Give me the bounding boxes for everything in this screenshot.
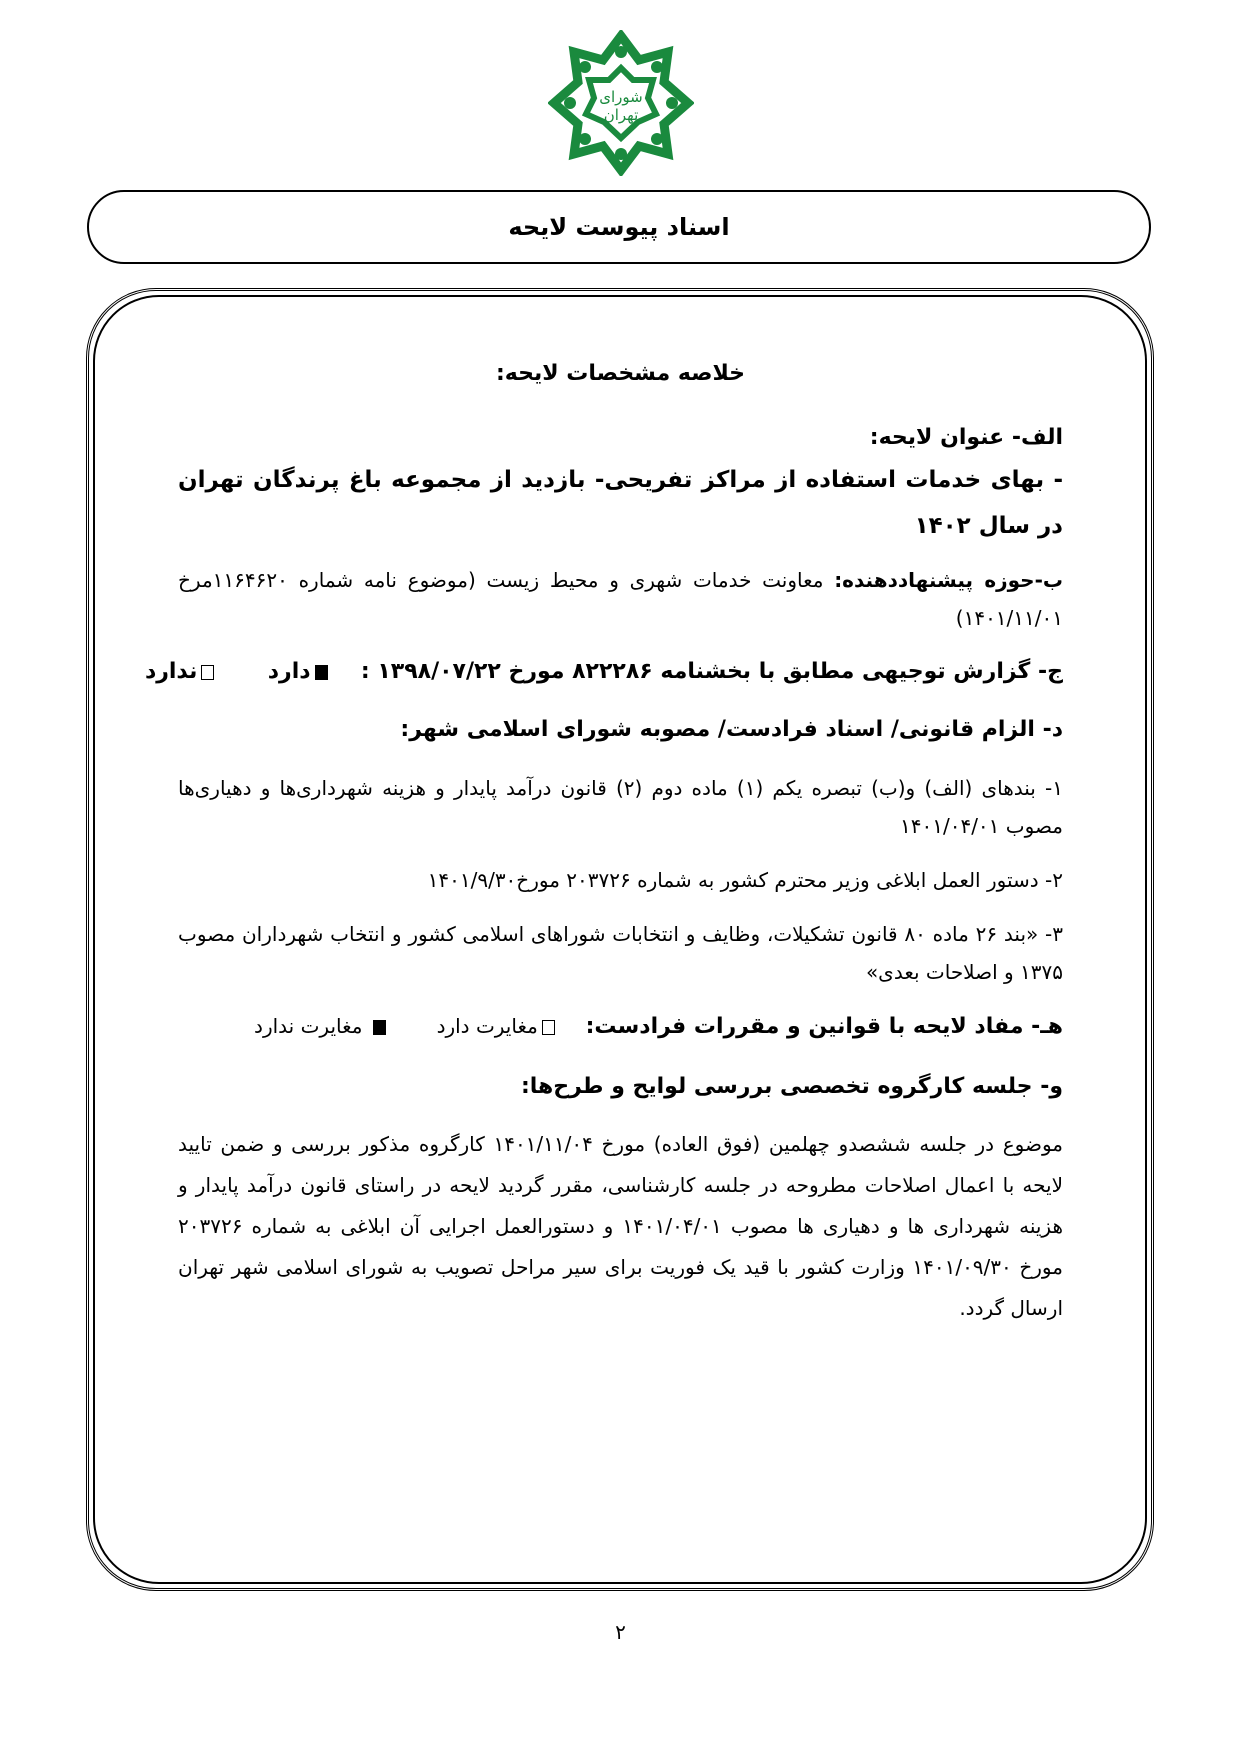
legal-item-2: ۲- دستور العمل ابلاغی وزیر محترم کشور به… [178,861,1063,899]
legal-item-1: ۱- بندهای (الف) و(ب) تبصره یکم (۱) ماده … [178,769,1063,845]
option-no-conflict: مغایرت ندارد [254,1014,362,1038]
section-b-label: ب-حوزه پیشنهاددهنده: [834,568,1063,592]
header-banner: اسناد پیوست لایحه [87,190,1151,264]
option-no-report: ندارد [145,659,197,684]
tehran-city-council-logo-icon: شورای تهران [548,30,694,176]
summary-title: خلاصه مشخصات لایحه: [178,355,1063,393]
section-b: ب-حوزه پیشنهاددهنده: معاونت خدمات شهری و… [178,561,1063,637]
section-f-heading: و- جلسه کارگروه تخصصی بررسی لوایح و طرح‌… [178,1068,1063,1106]
section-a-heading: الف- عنوان لایحه: [178,419,1063,457]
section-e: هـ- مفاد لایحه با قوانین و مقررات فرادست… [178,1007,1063,1046]
svg-text:تهران: تهران [604,106,639,124]
document-title: اسناد پیوست لایحه [508,213,729,241]
section-d-heading: د- الزام قانونی/ اسناد فرادست/ مصوبه شور… [178,711,1063,749]
legal-item-3: ۳- «بند ۲۶ ماده ۸۰ قانون تشکیلات، وظایف … [178,915,1063,991]
option-conflict: مغایرت دارد [437,1014,538,1038]
section-c-label: ج- گزارش توجیهی مطابق با بخشنامه ۸۲۲۲۸۶ … [361,659,1063,684]
summary-content: خلاصه مشخصات لایحه: الف- عنوان لایحه: - … [178,355,1063,1349]
section-e-label: هـ- مفاد لایحه با قوانین و مقررات فرادست… [586,1014,1063,1039]
checkbox-no-report-unchecked-icon[interactable] [201,665,214,680]
page-number: ۲ [0,1620,1241,1644]
section-c: ج- گزارش توجیهی مطابق با بخشنامه ۸۲۲۲۸۶ … [178,653,1063,691]
section-f-body: موضوع در جلسه ششصدو چهلمین (فوق العاده) … [178,1124,1063,1329]
svg-text:شورای: شورای [599,88,642,106]
checkbox-no-conflict-checked-icon[interactable] [373,1020,386,1035]
checkbox-conflict-unchecked-icon[interactable] [542,1020,555,1035]
checkbox-has-report-checked-icon[interactable] [315,665,328,680]
bill-title: - بهای خدمات استفاده از مراکز تفریحی- با… [178,457,1063,549]
option-has-report: دارد [268,659,311,684]
